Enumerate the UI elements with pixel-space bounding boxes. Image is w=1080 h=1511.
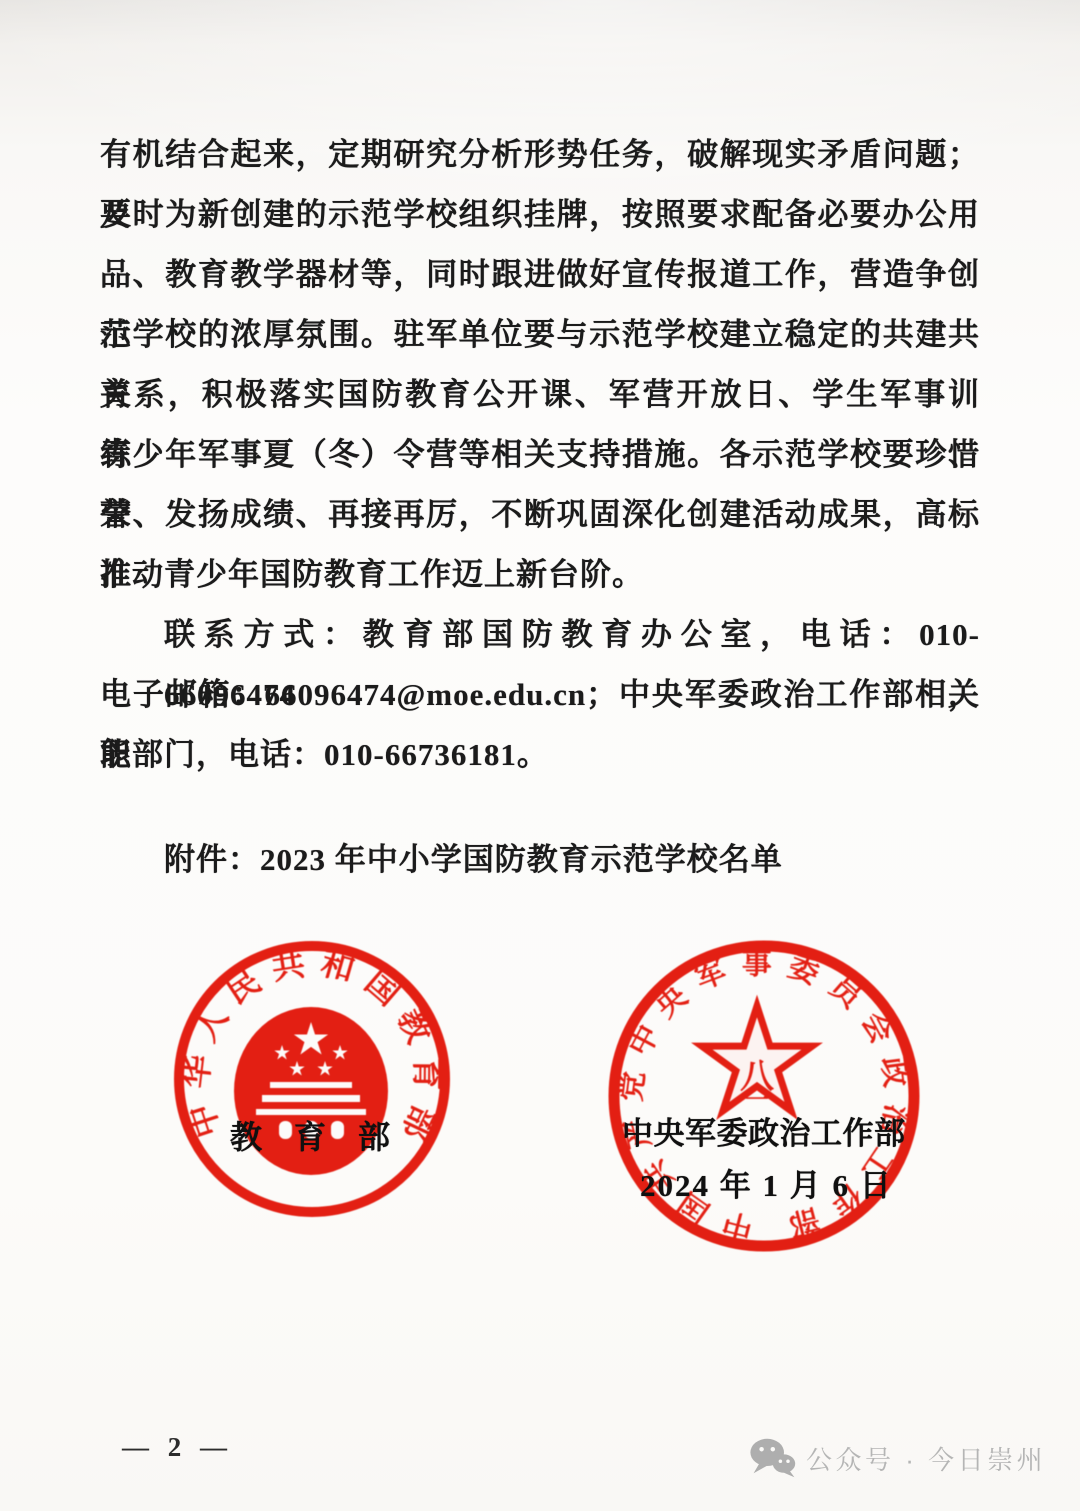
document-page: 有机结合起来，定期研究分析形势任务，破解现实矛盾问题；要 及时为新创建的示范学校… (0, 0, 1080, 1511)
watermark: 公众号 · 今日崇州 (748, 1436, 1046, 1480)
moe-seal-graphic: 中华人民共和国教育部 (172, 939, 452, 1219)
attachment-note: 附件：2023 年中小学国防教育示范学校名单 (100, 830, 1044, 890)
contact-line: 联系方式：教育部国防教育办公室，电话：010-66096474， (100, 605, 980, 665)
moe-signature-text: 教育部 (230, 1112, 422, 1158)
contact-line: 电子邮箱：66096474@moe.edu.cn；中央军委政治工作部相关职 (100, 665, 980, 725)
body-line: 誉、发扬成绩、再接再厉，不断巩固深化创建活动成果，高标准 (100, 485, 980, 545)
signature-date: 2024 年 1 月 6 日 (640, 1160, 893, 1205)
body-line: 关系，积极落实国防教育公开课、军营开放日、学生军事训练、 (100, 365, 980, 425)
body-line: 青少年军事夏（冬）令营等相关支持措施。各示范学校要珍惜荣 (100, 425, 980, 485)
contact-line: 能部门，电话：010-66736181。 (100, 725, 980, 785)
moe-seal: 中华人民共和国教育部 (172, 939, 452, 1219)
wechat-icon (748, 1436, 796, 1480)
cmc-seal-graphic: 中国共产党中央军事委员会政治工作部 八 一 (604, 936, 924, 1256)
cmc-signature-text: 中央军委政治工作部 (622, 1108, 906, 1153)
page-number: — 2 — (122, 1432, 233, 1463)
bayi-star-icon: 八 一 (702, 1006, 812, 1114)
body-line: 品、教育教学器材等，同时跟进做好宣传报道工作，营造争创示 (100, 245, 980, 305)
body-line: 推动青少年国防教育工作迈上新台阶。 (100, 545, 980, 605)
body-line: 及时为新创建的示范学校组织挂牌，按照要求配备必要办公用 (100, 185, 980, 245)
watermark-label: 公众号 · 今日崇州 (806, 1440, 1046, 1477)
letter-body: 有机结合起来，定期研究分析形势任务，破解现实矛盾问题；要 及时为新创建的示范学校… (100, 125, 980, 785)
body-line: 范学校的浓厚氛围。驻军单位要与示范学校建立稳定的共建共育 (100, 305, 980, 365)
cmc-seal: 中国共产党中央军事委员会政治工作部 八 一 (604, 936, 924, 1256)
body-line: 有机结合起来，定期研究分析形势任务，破解现实矛盾问题；要 (100, 125, 980, 185)
